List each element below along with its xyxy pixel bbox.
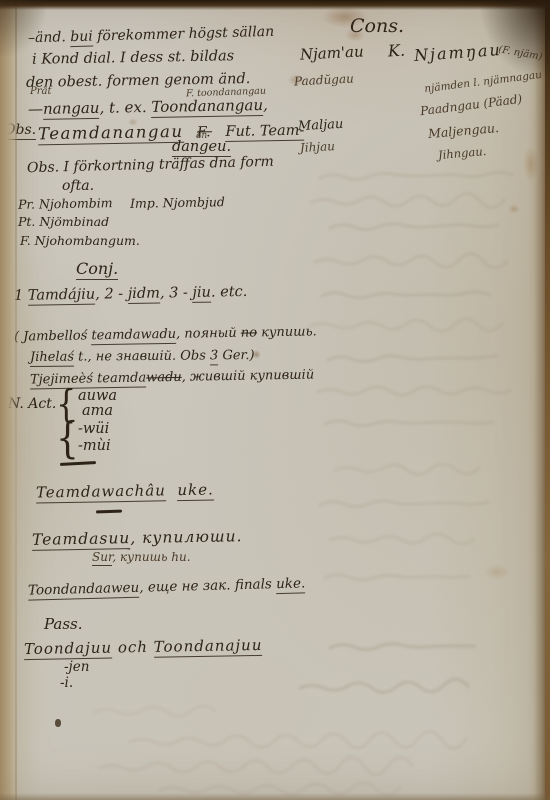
ms-word-jihjau: Jihjau: [300, 140, 336, 156]
ms-abbrev-k: K.: [388, 42, 406, 61]
page-corner-top-right: [480, 0, 550, 80]
ms-word: . etc.: [211, 284, 248, 301]
ms-word-underlined: teamdawadu: [91, 327, 176, 345]
ms-paradigm-preterite: Pt. Njömbinad: [18, 215, 109, 229]
page-edge-right-line: [545, 0, 550, 800]
ms-suffix-wui: -wüi: [78, 421, 109, 438]
ms-paradigm-imperative: Imp. Njombjud: [130, 195, 225, 211]
ms-line-dialect-note: i Kond dial. I dess st. bildas: [32, 48, 234, 68]
ms-word-underlined: Teamdasuu: [32, 529, 131, 551]
ms-word-underlined: jidm: [128, 285, 160, 304]
ms-word: och: [112, 638, 154, 657]
ms-word-underlined: Toondandaaweu: [28, 580, 140, 601]
ms-word: ( Jambelloś: [14, 328, 92, 344]
ms-paradigm-future: F. Njohombangum.: [20, 234, 140, 248]
ms-word-underlined: Fut. Team-: [225, 123, 304, 142]
ms-line-teamdasuu: Teamdasuu, купилюши.: [32, 528, 243, 549]
ms-line-gloss-2: Jihelaś t., не знавшій. Obs 3 Ger.): [30, 349, 255, 366]
ms-word-underlined: Tjejimeèś teamda: [30, 370, 146, 389]
ms-word-underlined: Teamdawachâu: [36, 481, 166, 503]
ms-word-underlined: nangau: [43, 99, 100, 120]
ms-word-underlined: uke.: [276, 575, 306, 594]
ms-line-teamdawachau: Teamdawachâu uke.: [36, 481, 214, 501]
ms-paradigm-present: Pr. Njohombim: [18, 196, 113, 212]
ms-word: finals: [235, 576, 277, 593]
ms-word-underlined: Sur: [92, 550, 112, 566]
ms-heading-cons: Cons.: [350, 16, 404, 38]
ms-word: —: [28, 100, 43, 118]
ms-word: , купилюши.: [130, 527, 242, 547]
brace-glyph: {: [56, 414, 79, 464]
ms-word: t., не знавшій. Obs: [74, 348, 210, 364]
ms-suffix-jen: -jen: [64, 660, 89, 676]
ms-word: , еще не зак.: [139, 577, 235, 595]
ms-line-passive-forms: Toondajuu och Toondanajuu: [24, 637, 263, 658]
ms-word: , купишь hu.: [112, 550, 190, 564]
ms-word-underlined: Tamdájiu: [28, 287, 96, 306]
ms-word-underlined: Teamdanangau: [38, 122, 184, 146]
ms-word-struck: wadu: [146, 370, 182, 386]
ms-heading-conj: Conj.: [76, 260, 118, 278]
ms-word-njamau: Njam'au: [300, 43, 364, 64]
ms-word-underlined: uke.: [177, 480, 214, 501]
ms-word-underlined: bui: [70, 29, 93, 48]
ms-line-sur-gloss: Sur, купишь hu.: [92, 551, 191, 565]
ms-word-underlined: jiu: [192, 285, 211, 303]
ms-superscript-praet: Prät: [30, 86, 52, 98]
ms-word-underlined: Toondanangau: [151, 96, 263, 118]
page-crease: [15, 0, 17, 800]
page-edge-top: [0, 0, 550, 10]
ms-suffix-i: -i.: [60, 676, 73, 692]
ms-word: , жившій купившій: [182, 368, 315, 385]
page-corner-top-left: [0, 0, 46, 56]
ms-word: , t. ex.: [99, 98, 151, 117]
ms-word-underlined: Toondajuu: [24, 639, 112, 661]
ms-word: купишь.: [257, 324, 317, 340]
page-edge-bottom: [0, 793, 550, 800]
ms-word-underlined: Conj.: [76, 259, 118, 280]
ms-word-maljau: Maljau: [298, 118, 344, 135]
ms-suffix-ama: ama: [82, 403, 113, 420]
ms-line-dangeu: dangeu.: [172, 139, 231, 156]
ms-suffix-mui: -mùi: [78, 438, 111, 455]
ms-heading-pass: Pass.: [44, 616, 83, 633]
ms-word: Ger.): [218, 348, 254, 363]
ms-word-underlined: Toondanajuu: [154, 636, 263, 658]
ms-word: , 2 -: [95, 286, 128, 303]
ms-word: , 3 -: [160, 285, 193, 302]
ms-word-underlined: Jihelaś: [30, 350, 74, 367]
manuscript-page: –änd. bui förekommer högst sällan i Kond…: [0, 0, 550, 800]
ms-word: ,: [263, 96, 268, 114]
ms-line-ofta: ofta.: [62, 178, 94, 194]
ms-word-struck: по: [241, 325, 257, 340]
ms-line-nangau-example: —nangau, t. ex. Toondanangau,: [28, 97, 268, 118]
ms-word: , пояный: [176, 326, 241, 342]
